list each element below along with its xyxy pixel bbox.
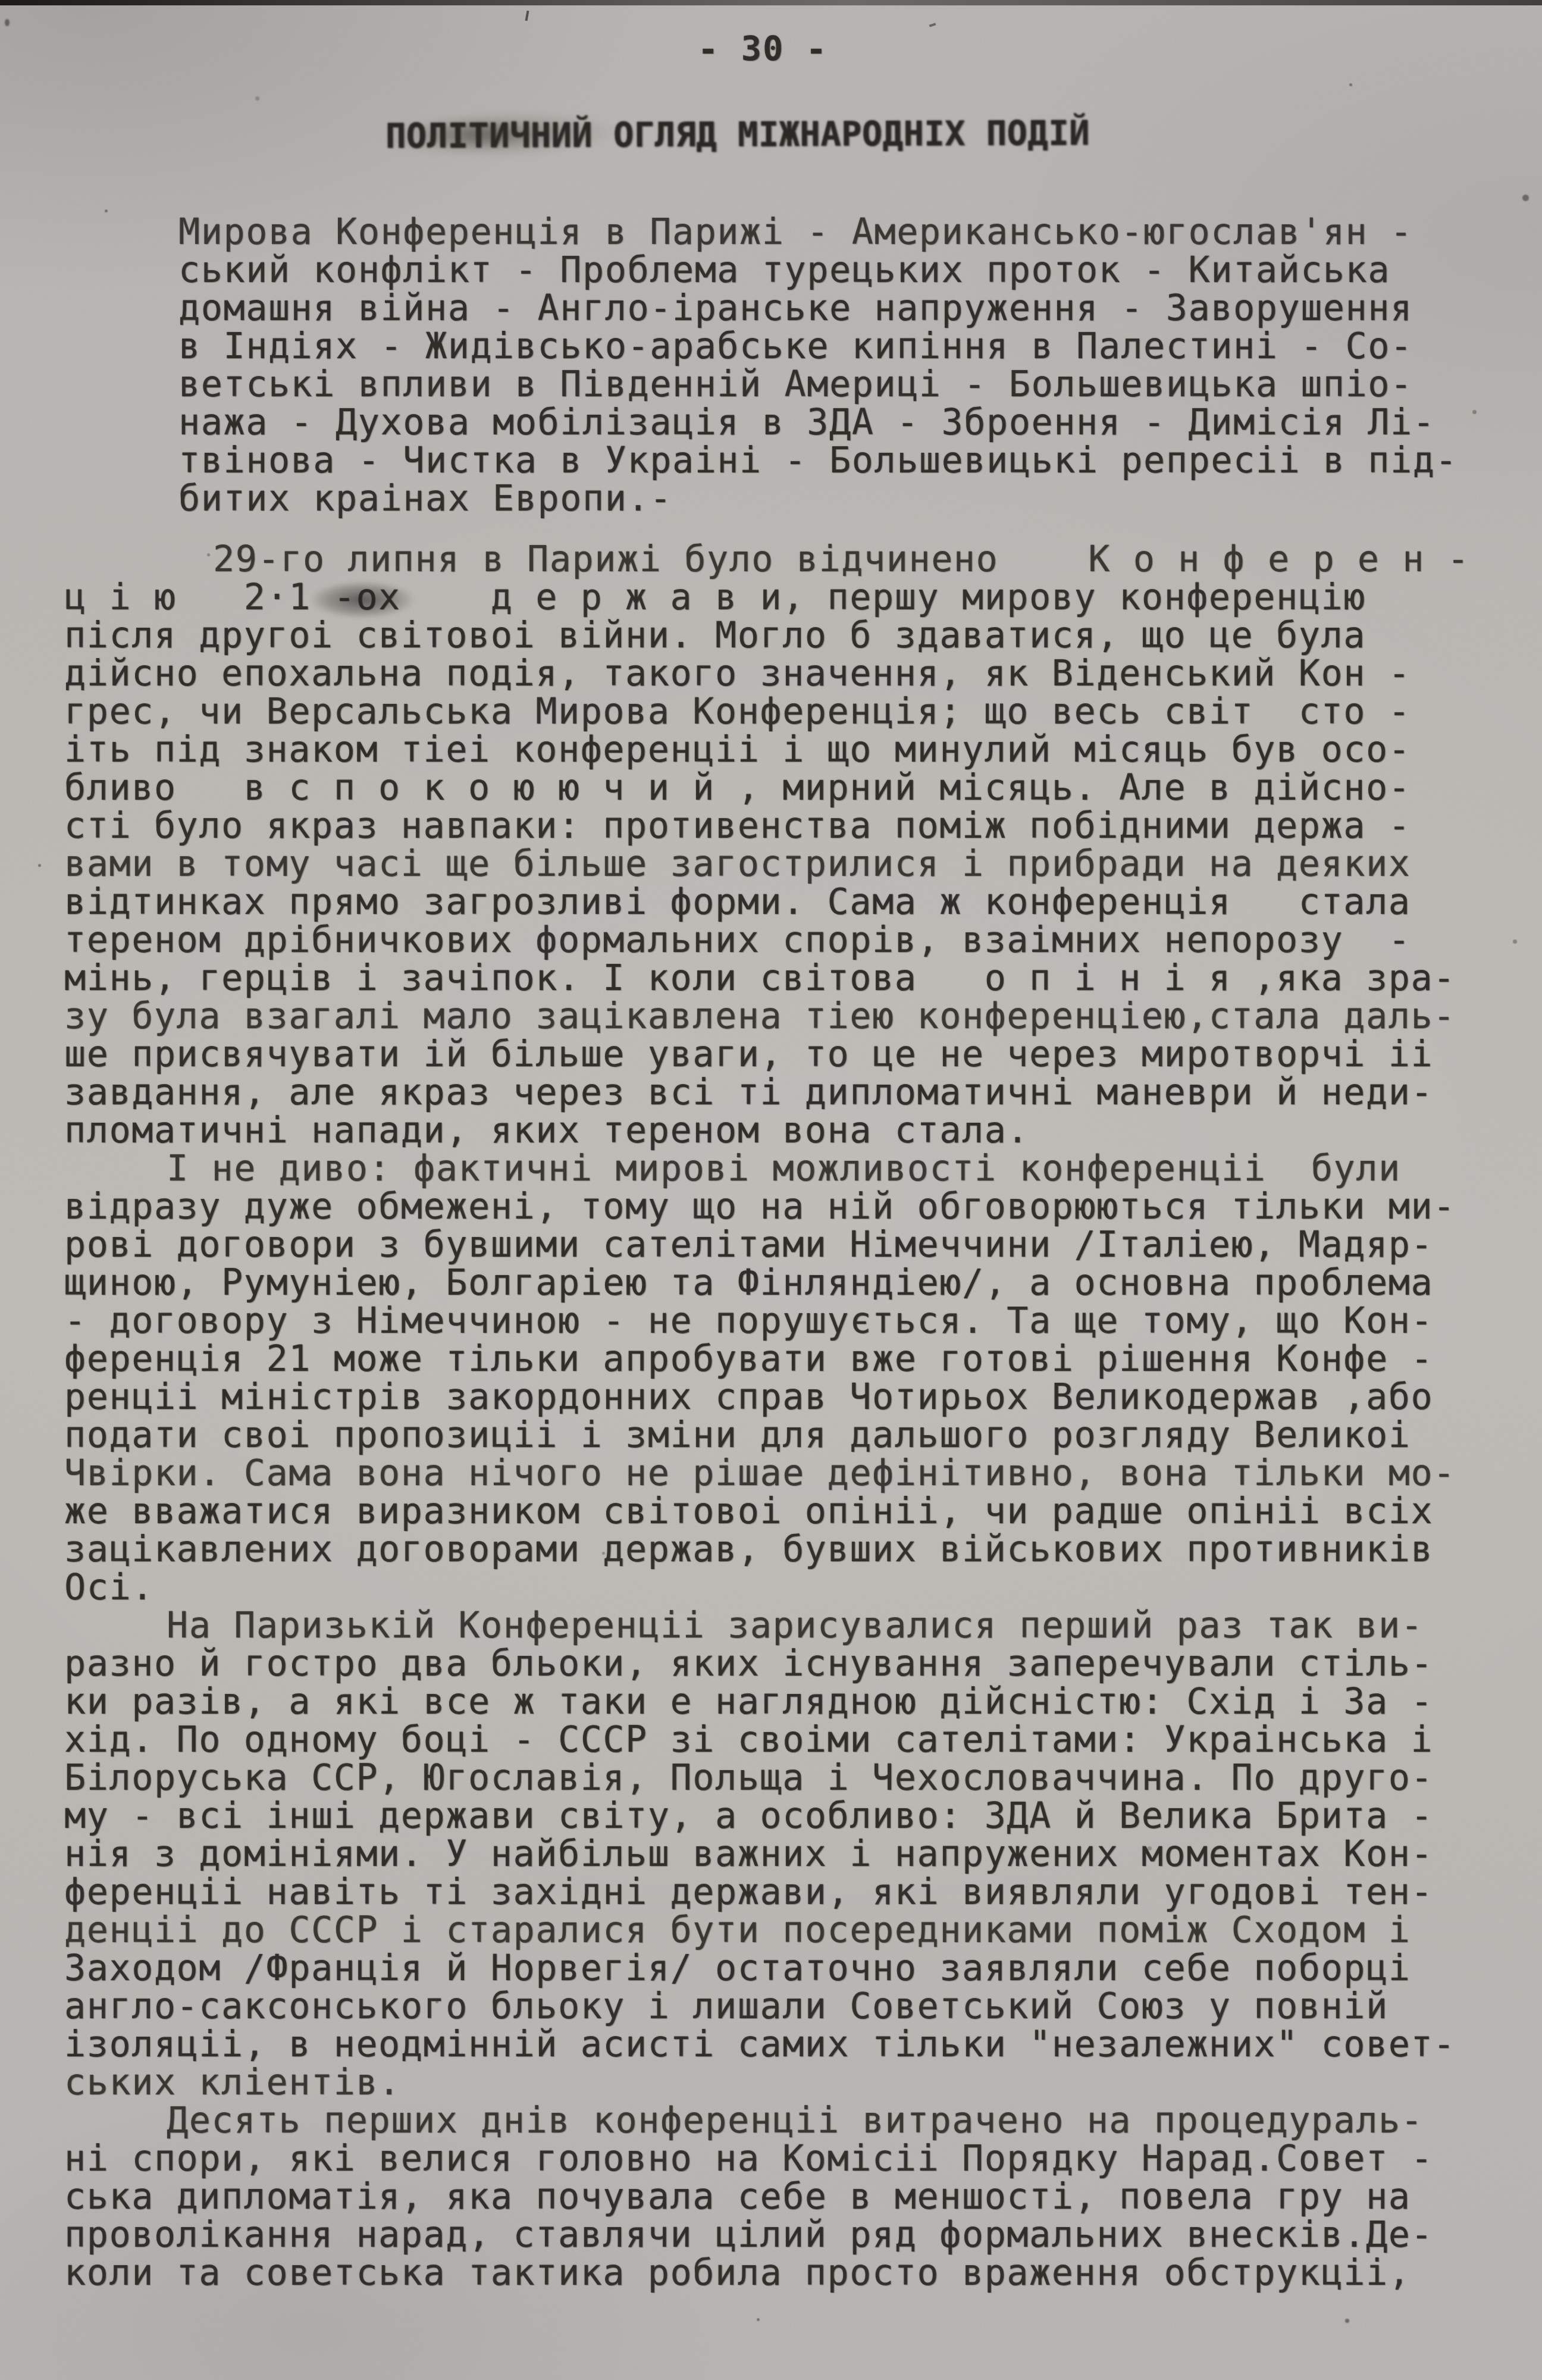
text-line: хід. По одному боці - СССР зі своіми сат…: [64, 1721, 1470, 1759]
text-line: - договору з Німеччиною - не порушується…: [64, 1302, 1470, 1340]
text-line: твінова - Чистка в Украіні - Большевицьк…: [178, 441, 1458, 480]
text-line: тереном дрібничкових формальних спорів, …: [64, 921, 1470, 959]
text-line: в Індіях - Жидівсько-арабське кипіння в …: [178, 327, 1458, 365]
text-line: мінь, герців і зачіпок. І коли світова о…: [64, 959, 1470, 997]
text-line: ський конфлікт - Проблема турецьких прот…: [178, 251, 1458, 289]
text-line: сті було якраз навпаки: противенства пом…: [64, 807, 1470, 845]
text-line: нажа - Духова мобілізація в ЗДА - Зброен…: [178, 403, 1458, 441]
text-line: ветські впливи в Південній Америці - Бол…: [178, 365, 1458, 403]
text-line: На Паризькій Конференціі зарисувалися пе…: [64, 1606, 1470, 1645]
text-line: іть під знаком тіеі конференціі і що мин…: [64, 731, 1470, 769]
page-number: - 30 -: [0, 30, 1534, 69]
text-line: Чвірки. Сама вона нічого не рішае дефіні…: [64, 1454, 1470, 1492]
text-line: битих краінах Европи.-: [178, 480, 1458, 518]
text-line: домашня війна - Англо-іранське напруженн…: [178, 289, 1458, 327]
text-line: англо-саксонського бльоку і лишали Совет…: [64, 1987, 1470, 2025]
text-line: після другоі світовоі війни. Могло б зда…: [64, 616, 1470, 654]
text-line: зу була взагалі мало зацікавлена тіею ко…: [64, 997, 1470, 1035]
text-line: ізоляціі, в неодмінній асисті самих тіль…: [64, 2025, 1470, 2063]
paper-specks: [0, 0, 3, 3]
text-line: ська дипломатія, яка почувала себе в мен…: [64, 2178, 1470, 2216]
text-line: грес, чи Версальська Мирова Конференція;…: [64, 693, 1470, 731]
text-line: вами в тому часі ще більше загострилися …: [64, 845, 1470, 883]
scan-edge-artifact: [0, 0, 1542, 5]
text-line: нія з домініями. У найбільш важних і нап…: [64, 1835, 1470, 1873]
text-line: му - всі інші держави світу, а особливо:…: [64, 1797, 1470, 1835]
paragraph: Десять перших днів конференціі витрачено…: [64, 2102, 1470, 2292]
text-line: зацікавлених договорами держав, бувших в…: [64, 1530, 1470, 1568]
text-line: Десять перших днів конференціі витрачено…: [64, 2102, 1470, 2140]
document-page: - 30 - ПОЛІТИЧНИЙ ОГЛЯД МІЖНАРОДНІХ ПОДІ…: [0, 0, 1542, 2380]
summary-block: Мирова Конференція в Парижі - Американсь…: [178, 213, 1458, 518]
text-line: Мирова Конференція в Парижі - Американсь…: [178, 213, 1458, 251]
text-line: ки разів, а які все ж таки е наглядною д…: [64, 1683, 1470, 1721]
text-line: ських кліентів.: [64, 2063, 1470, 2102]
text-line: разно й гостро два бльоки, яких існуванн…: [64, 1645, 1470, 1683]
text-line: завдання, але якраз через всі ті диплома…: [64, 1073, 1470, 1111]
text-line: подати своі пропозиціі і зміни для дальш…: [64, 1416, 1470, 1454]
text-line: відтинках прямо загрозливі форми. Сама ж…: [64, 883, 1470, 921]
text-line: 29-го липня в Парижі було відчинено К о …: [64, 540, 1470, 578]
text-line: ференція 21 може тільки апробувати вже г…: [64, 1340, 1470, 1378]
paragraph: На Паризькій Конференціі зарисувалися пе…: [64, 1606, 1470, 2102]
text-line: ні спори, які велися головно на Комісіі …: [64, 2140, 1470, 2178]
paragraph: І не диво: фактичні мирові можливості ко…: [64, 1150, 1470, 1606]
scan-speck: [5, 19, 10, 26]
ink-tick-mark: [929, 23, 936, 27]
text-line: ше присвячувати ій більше уваги, то це н…: [64, 1035, 1470, 1073]
text-line: ференціі навіть ті західні держави, які …: [64, 1873, 1470, 1911]
text-line: дійсно епохальна подія, такого значення,…: [64, 654, 1470, 693]
text-line: щиною, Румуніею, Болгаріею та Фінляндіею…: [64, 1264, 1470, 1302]
text-line: же вважатися виразником світовоі опініі,…: [64, 1492, 1470, 1530]
text-line: ренціі міністрів закордонних справ Чотир…: [64, 1378, 1470, 1416]
ink-tick-mark: [525, 11, 529, 21]
text-line: Білоруська ССР, Югославія, Польща і Чехо…: [64, 1759, 1470, 1797]
paragraph: 29-го липня в Парижі було відчинено К о …: [64, 540, 1470, 1150]
text-line: коли та советська тактика робила просто …: [64, 2254, 1470, 2292]
text-line: бливо в с п о к о ю ю ч и й , мирний міс…: [64, 769, 1470, 807]
document-title: ПОЛІТИЧНИЙ ОГЛЯД МІЖНАРОДНІХ ПОДІЙ: [385, 114, 1090, 156]
text-line: Осі.: [64, 1568, 1470, 1606]
text-line: Заходом /Франція й Норвегія/ остаточно з…: [64, 1949, 1470, 1987]
text-line: рові договори з бувшими сателітами Німеч…: [64, 1226, 1470, 1264]
body-text: 29-го липня в Парижі було відчинено К о …: [64, 540, 1470, 2292]
text-line: пломатичні напади, яких тереном вона ста…: [64, 1111, 1470, 1150]
text-line: проволікання нарад, ставлячи цілий ряд ф…: [64, 2216, 1470, 2254]
text-line: денціі до СССР і старалися бути посередн…: [64, 1911, 1470, 1949]
text-line: відразу дуже обмежені, тому що на ній об…: [64, 1188, 1470, 1226]
text-line: ц і ю 2·1 -ох д е р ж а в и, першу миров…: [64, 578, 1470, 616]
text-line: І не диво: фактичні мирові можливості ко…: [64, 1150, 1470, 1188]
